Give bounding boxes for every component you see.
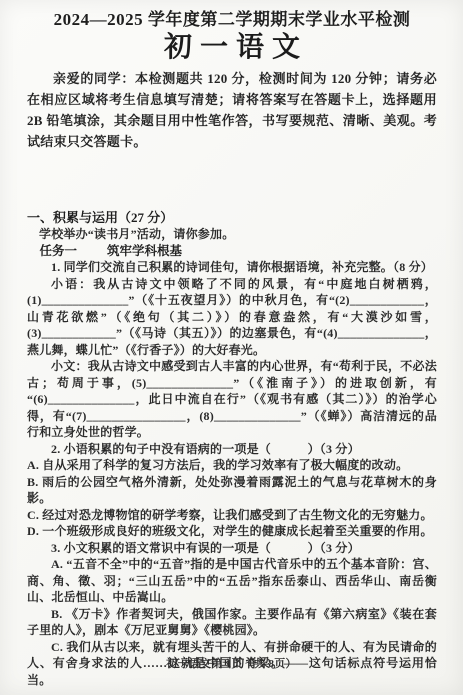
question-2-stem: 2. 小语积累的句子中没有语病的一项是（ ）（3 分） [27,441,437,458]
section-1-intro: 学校举办“读书月”活动，请你参加。 [27,226,437,243]
question-3-option-b: B. 《万卡》作者契诃夫，俄国作家。主要作品有《第六病室》《装在套子里的人》，剧… [27,606,437,639]
question-2-option-a: A. 自从采用了科学的复习方法后，我的学习效率有了极大幅度的改动。 [27,457,437,474]
question-2-option-c: C. 经过对恐龙博物馆的研学考察，让我们感受到了古生物文化的无穷魅力。 [27,507,437,524]
question-1-paragraph-xiaoyu: 小语：我从古诗文中领略了不同的风景，有“中庭地白树栖鸦，(1)_________… [27,276,437,359]
question-2-option-b: B. 雨后的公园空气格外清新，处处弥漫着雨露泥土的气息与花草树木的身影。 [27,474,437,507]
question-1-paragraph-xiaowen: 小文：我从古诗文中感受到古人丰富的内心世界，有“苟利于民，不必法古；苟周于事，(… [27,358,437,441]
page-content: 2024—2025 学年度第二学期期末学业水平检测 初一语文 亲爱的同学：本检测… [0,0,463,688]
task-1-line: 任务一筑牢学科根基 [27,243,437,260]
task-1-title: 筑牢学科根基 [107,244,182,258]
question-3-stem: 3. 小文积累的语文常识中有误的一项是（ ）（3 分） [27,540,437,557]
section-1-heading: 一、积累与运用（27 分） [27,209,437,226]
exam-paper-page: 2024—2025 学年度第二学期期末学业水平检测 初一语文 亲爱的同学：本检测… [0,0,463,695]
question-2-option-d: D. 一个班级形成良好的班级文化，对学生的健康成长起着至关重要的作用。 [27,523,437,540]
question-1-stem: 1. 同学们交流自己积累的诗词佳句，请你根据语境，补充完整。（8 分） [27,259,437,276]
exam-notice-paragraph: 亲爱的同学：本检测题共 120 分，检测时间为 120 分钟；请务必在相应区域将… [27,68,437,152]
exam-session-title: 2024—2025 学年度第二学期期末学业水平检测 [27,8,437,31]
candidate-info-blank-area [27,152,437,209]
question-3-option-a: A. “五音不全”中的“五音”指的是中国古代音乐中的五个基本音阶：宫、商、角、徵… [27,556,437,606]
task-1-label: 任务一 [40,244,78,258]
exam-subject-title: 初一语文 [27,31,437,65]
page-number-footer: 初一语文第 1页（共 8页） [0,655,463,671]
